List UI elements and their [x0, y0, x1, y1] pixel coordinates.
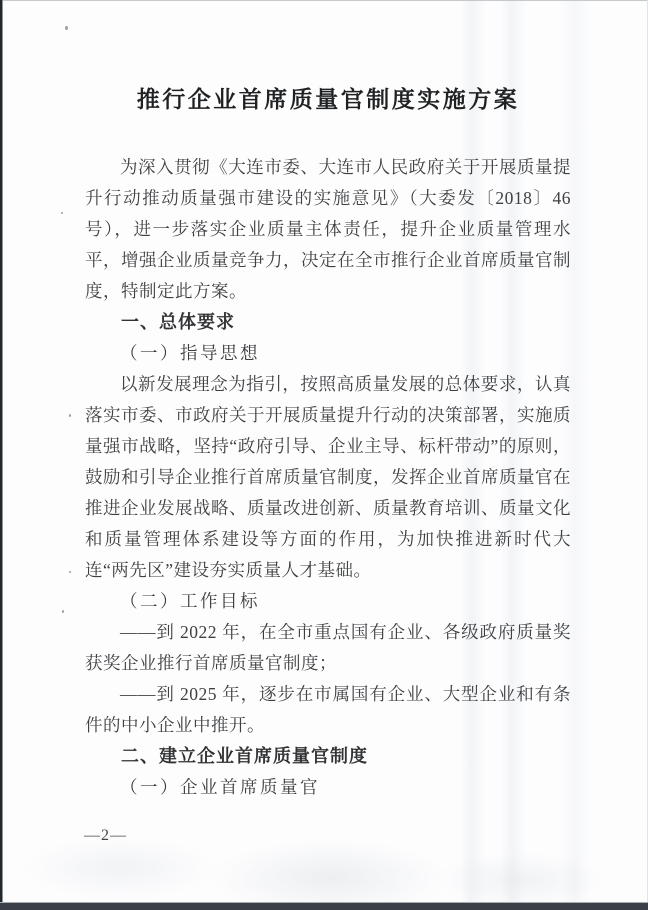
scanned-document-page: 推行企业首席质量官制度实施方案 为深入贯彻《大连市委、大连市人民政府关于开展质量… [0, 0, 648, 910]
scan-speck [69, 414, 71, 417]
scan-speck [65, 26, 68, 30]
scan-edge-bottom [0, 902, 648, 910]
paragraph-body: ——到 2022 年，在全市重点国有企业、各级政府质量奖获奖企业推行首席质量官制… [85, 617, 571, 679]
scan-speck [69, 571, 71, 573]
paragraph-heading2: （二）工作目标 [85, 586, 571, 617]
paragraph-body: 以新发展理念为指引，按照高质量发展的总体要求，认真落实市委、市政府关于开展质量提… [85, 369, 571, 586]
paragraph-body: ——到 2025 年，逐步在市属国有企业、大型企业和有条件的中小企业中推开。 [85, 679, 571, 741]
scan-speck [61, 212, 63, 214]
paragraph-heading2: （一）指导思想 [85, 338, 571, 369]
document-title: 推行企业首席质量官制度实施方案 [85, 84, 571, 116]
paragraph-heading1: 二、建立企业首席质量官制度 [85, 741, 571, 772]
document-body: 为深入贯彻《大连市委、大连市人民政府关于开展质量提升行动推动质量强市建设的实施意… [85, 152, 571, 803]
paragraph-heading1: 一、总体要求 [85, 307, 571, 338]
paragraph-body: 为深入贯彻《大连市委、大连市人民政府关于开展质量提升行动推动质量强市建设的实施意… [85, 152, 571, 307]
scan-edge-top [0, 0, 648, 1]
paragraph-heading2: （一）企业首席质量官 [85, 772, 571, 803]
scan-edge-left [0, 0, 3, 910]
page-number: —2— [84, 826, 127, 846]
scan-speck [62, 610, 64, 613]
